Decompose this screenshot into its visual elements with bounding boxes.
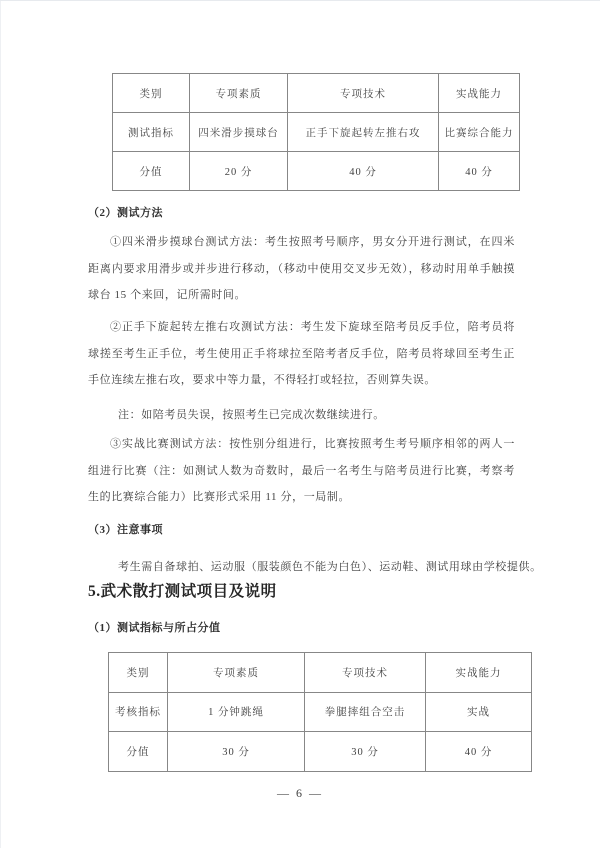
table-cell: 20 分	[190, 152, 288, 191]
table-cell: 40 分	[426, 732, 532, 772]
table-cell: 正手下旋起转左推右攻	[288, 113, 439, 152]
table-cell: 1 分钟跳绳	[168, 692, 305, 732]
table-cell: 实战能力	[426, 653, 532, 693]
sanda-score-table: 类别 专项素质 专项技术 实战能力 考核指标 1 分钟跳绳 拳腿摔组合空击 实战…	[108, 652, 532, 772]
table-cell: 专项技术	[288, 74, 439, 113]
method-paragraph-3: ③实战比赛测试方法：按性别分组进行，比赛按照考生考号顺序相邻的两人一组进行比赛（…	[88, 431, 515, 511]
table-cell: 分值	[109, 732, 168, 772]
table-cell: 考核指标	[109, 692, 168, 732]
table-cell: 四米滑步摸球台	[190, 113, 288, 152]
table-cell: 类别	[109, 653, 168, 693]
table-cell: 实战	[426, 692, 532, 732]
table-row: 类别 专项素质 专项技术 实战能力	[109, 653, 532, 693]
table-cell: 分值	[113, 152, 190, 191]
table-cell: 专项技术	[305, 653, 426, 693]
table-cell: 实战能力	[439, 74, 520, 113]
table-cell: 比赛综合能力	[439, 113, 520, 152]
table-cell: 类别	[113, 74, 190, 113]
table-row: 测试指标 四米滑步摸球台 正手下旋起转左推右攻 比赛综合能力	[113, 113, 520, 152]
method-paragraph-2: ②正手下旋起转左推右攻测试方法：考生发下旋球至陪考员反手位，陪考员将球搓至考生正…	[88, 314, 515, 394]
sanda-section-heading: 5.武术散打测试项目及说明	[88, 579, 277, 601]
method-note: 注：如陪考员失误，按照考生已完成次数继续进行。	[118, 406, 385, 422]
pingpong-score-table: 类别 专项素质 专项技术 实战能力 测试指标 四米滑步摸球台 正手下旋起转左推右…	[112, 73, 520, 191]
table-row: 类别 专项素质 专项技术 实战能力	[113, 74, 520, 113]
document-page: 类别 专项素质 专项技术 实战能力 测试指标 四米滑步摸球台 正手下旋起转左推右…	[0, 0, 600, 848]
table-row: 考核指标 1 分钟跳绳 拳腿摔组合空击 实战	[109, 692, 532, 732]
table-cell: 30 分	[305, 732, 426, 772]
table-cell: 40 分	[439, 152, 520, 191]
table-cell: 专项素质	[190, 74, 288, 113]
table-cell: 测试指标	[113, 113, 190, 152]
table-cell: 拳腿摔组合空击	[305, 692, 426, 732]
notice-heading: （3）注意事项	[88, 521, 163, 537]
table-row: 分值 30 分 30 分 40 分	[109, 732, 532, 772]
method-heading: （2）测试方法	[88, 204, 163, 220]
table-cell: 30 分	[168, 732, 305, 772]
table-row: 分值 20 分 40 分 40 分	[113, 152, 520, 191]
table-cell: 专项素质	[168, 653, 305, 693]
notice-text: 考生需自备球拍、运动服（服装颜色不能为白色）、运动鞋、测试用球由学校提供。	[118, 558, 542, 574]
method-paragraph-1: ①四米滑步摸球台测试方法：考生按照考号顺序，男女分开进行测试，在四米距离内要求用…	[88, 229, 515, 309]
table-cell: 40 分	[288, 152, 439, 191]
indicator-heading: （1）测试指标与所占分值	[88, 619, 221, 635]
page-number: — 6 —	[0, 786, 600, 801]
